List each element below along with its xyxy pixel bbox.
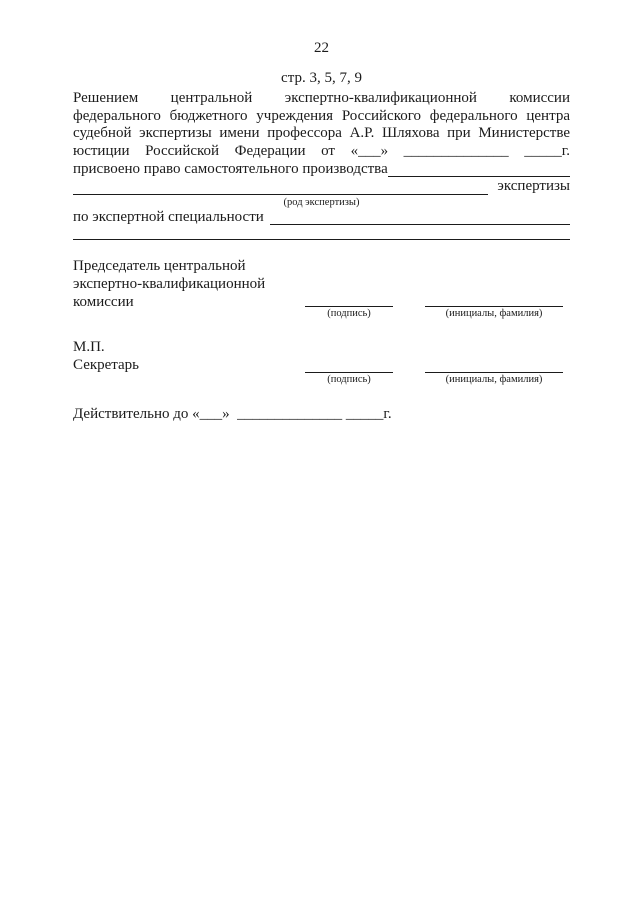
chairman-signature-row: Председатель центральной экспертно-квали… [73, 258, 570, 320]
paragraph-line-2: федерального бюджетного учреждения Росси… [73, 108, 570, 126]
chairman-title-line-1: Председатель центральной [73, 258, 305, 276]
specialty-line: по экспертной специальности [73, 209, 570, 227]
secretary-signature-row: Секретарь (подпись) (инициалы, фамилия) [73, 357, 570, 386]
paragraph-line-4-date: юстиции Российской Федерации от «___» __… [73, 143, 570, 161]
paragraph-line-1: Решением центральной экспертно-квалифика… [73, 90, 570, 108]
expertise-kind-caption: (род экспертизы) [73, 196, 570, 209]
signature-blank-line [305, 258, 393, 307]
page-reference: стр. 3, 5, 7, 9 [73, 70, 570, 88]
validity-line: Действительно до «___» ______________ __… [73, 406, 570, 424]
blank-field-specialty [270, 209, 570, 226]
signature-caption: (подпись) [305, 307, 393, 320]
chairman-name-field: (инициалы, фамилия) [425, 258, 563, 320]
chairman-title: Председатель центральной экспертно-квали… [73, 258, 305, 311]
name-blank-line [425, 357, 563, 373]
stamp-mark: М.П. [73, 339, 570, 357]
blank-line-full [73, 226, 570, 240]
secretary-signature-field: (подпись) [305, 357, 393, 386]
decision-paragraph: Решением центральной экспертно-квалифика… [73, 90, 570, 240]
page-number: 22 [73, 40, 570, 58]
granted-right-line: присвоено право самостоятельного произво… [73, 161, 570, 179]
chairman-title-line-3: комиссии [73, 294, 305, 312]
blank-field-expertise-kind [73, 178, 488, 195]
secretary-name-field: (инициалы, фамилия) [425, 357, 563, 386]
signature-blank-line [305, 357, 393, 373]
name-caption: (инициалы, фамилия) [425, 307, 563, 320]
expertise-suffix-label: экспертизы [488, 178, 570, 196]
chairman-signature-field: (подпись) [305, 258, 393, 320]
chairman-title-line-2: экспертно-квалификационной [73, 276, 305, 294]
granted-right-label: присвоено право самостоятельного произво… [73, 161, 388, 179]
paragraph-line-3: судебной экспертизы имени профессора А.Р… [73, 125, 570, 143]
expertise-kind-line: экспертизы [73, 178, 570, 196]
name-blank-line [425, 258, 563, 307]
specialty-label: по экспертной специальности [73, 209, 264, 227]
secretary-title: Секретарь [73, 357, 305, 375]
blank-field-production [388, 161, 570, 178]
signature-caption: (подпись) [305, 373, 393, 386]
document-page: 22 стр. 3, 5, 7, 9 Решением центральной … [0, 0, 640, 905]
name-caption: (инициалы, фамилия) [425, 373, 563, 386]
